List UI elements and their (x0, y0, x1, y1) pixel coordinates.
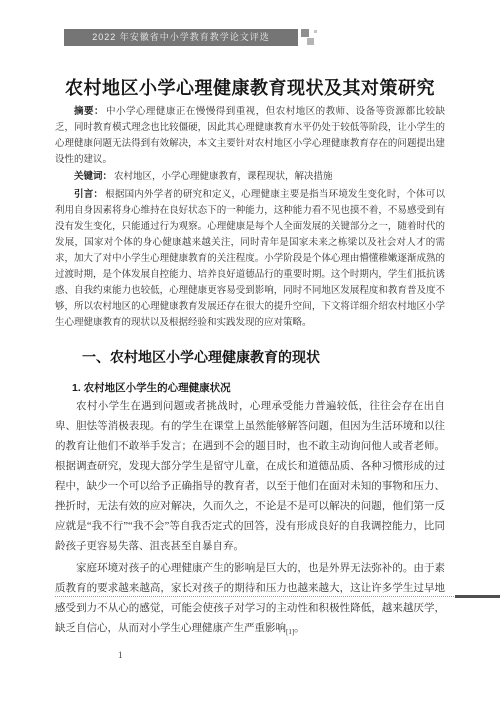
subsection-1-1-heading: 1. 农村地区小学生的心理健康状况 (72, 380, 445, 395)
body-paragraph-2: 家庭环境对孩子的心理健康产生的影响是巨大的，也是外界无法弥补的。由于素质教育的要… (55, 559, 445, 642)
paper-body: 摘要：中小学心理健康正在慢慢得到重视，但农村地区的教师、设备等资源都比较缺乏，同… (55, 104, 445, 642)
page-number: 1 (118, 650, 123, 660)
header-banner: 2022 年安徽省中小学教育教学论文评选 (64, 29, 298, 46)
footnote-reference: [1] (286, 628, 294, 636)
abstract-paragraph: 摘要：中小学心理健康正在慢慢得到重视，但农村地区的教师、设备等资源都比较缺乏，同… (55, 104, 445, 168)
keywords-label: 关键词： (74, 171, 112, 182)
paper-title: 农村地区小学心理健康教育现状及其对策研究 (0, 74, 500, 100)
abstract-label: 摘要： (74, 106, 104, 117)
body-paragraph-2-text: 家庭环境对孩子的心理健康产生的影响是巨大的，也是外界无法弥补的。由于素质教育的要… (55, 563, 445, 634)
header-banner-text: 2022 年安徽省中小学教育教学论文评选 (92, 32, 270, 42)
body-paragraph-2-tail: 。 (294, 623, 305, 634)
keywords-text: 农村地区，小学心理健康教育，课程现状，解决措施 (114, 172, 333, 182)
banner-decor-square-medium (307, 38, 314, 45)
intro-paragraph: 引言：根据国内外学者的研究和定义，心理健康主要是指当环境发生变化时，个体可以利用… (55, 187, 445, 331)
scanned-paper-page: 2022 年安徽省中小学教育教学论文评选 农村地区小学心理健康教育现状及其对策研… (0, 0, 500, 707)
intro-text: 根据国内外学者的研究和定义，心理健康主要是指当环境发生变化时，个体可以利用自身因… (55, 190, 445, 328)
section-1-heading: 一、农村地区小学心理健康教育的现状 (82, 347, 445, 367)
selection-dotted-line (55, 596, 500, 597)
body-paragraph-1: 农村小学生在遇到问题或者挑战时，心理承受能力普遍较低，往往会存在出自卑、胆怯等消… (55, 397, 445, 557)
front-matter: 摘要：中小学心理健康正在慢慢得到重视，但农村地区的教师、设备等资源都比较缺乏，同… (55, 104, 445, 331)
intro-label: 引言： (74, 189, 103, 200)
abstract-text: 中小学心理健康正在慢慢得到重视，但农村地区的教师、设备等资源都比较缺乏，同时教育… (55, 107, 445, 165)
banner-decor-square-large (301, 29, 309, 37)
banner-decor-square-tiny (314, 30, 317, 33)
selection-edge-mark (455, 595, 500, 598)
keywords-paragraph: 关键词：农村地区，小学心理健康教育，课程现状，解决措施 (55, 169, 445, 185)
